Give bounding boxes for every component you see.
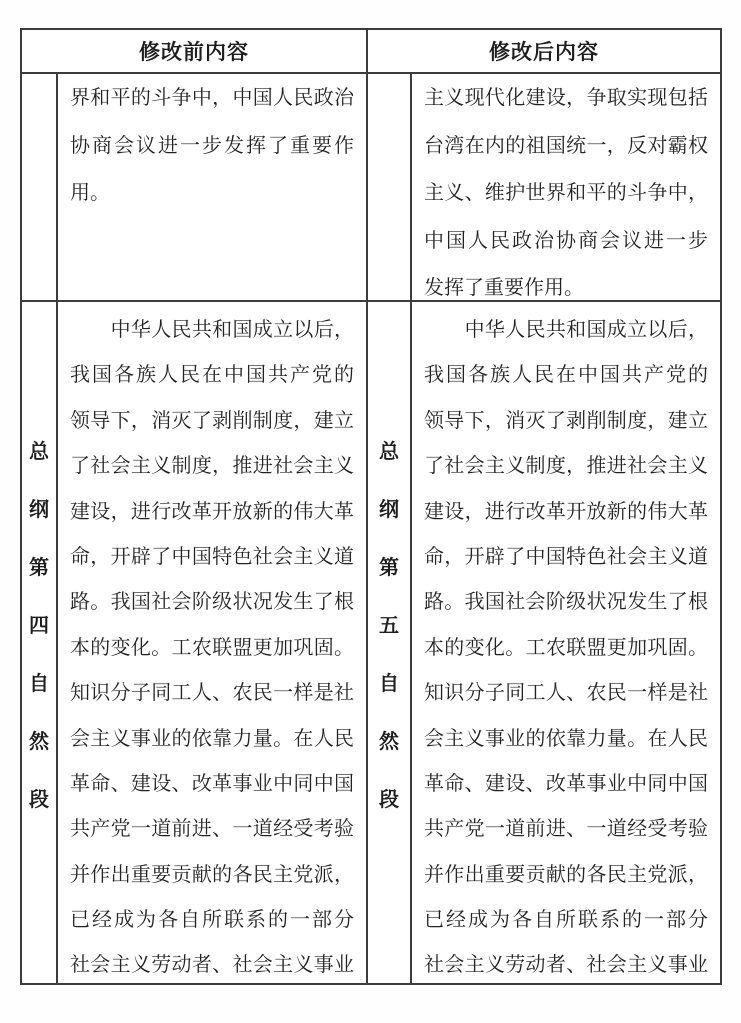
text-line: 社会主义劳动者、社会主义事业 — [424, 943, 708, 983]
text-line: 中国人民政治协商会议进一步 — [424, 218, 708, 266]
text-line: 本的变化。工农联盟更加巩固。 — [70, 626, 354, 671]
text-line: 发挥了重要作用。 — [424, 265, 708, 302]
text-line: 我国各族人民在中国共产党的 — [70, 353, 354, 398]
text-line: 共产党一道前进、一道经受考验 — [424, 807, 708, 852]
text-line: 用。 — [70, 170, 354, 218]
row1-before-text-cell: 界和平的斗争中，中国人民政治 协商会议进一步发挥了重要作 用。 — [58, 74, 368, 302]
text-line: 建设，进行改革开放新的伟大革 — [70, 490, 354, 535]
text-line: 会主义事业的依靠力量。在人民 — [424, 717, 708, 762]
text-line: 协商会议进一步发挥了重要作 — [70, 123, 354, 171]
text-line: 社会主义劳动者、社会主义事业 — [70, 943, 354, 983]
text-line: 了社会主义制度，推进社会主义 — [424, 444, 708, 489]
row2-label-before-cell: 总纲第四自然段 — [22, 302, 58, 983]
text-line: 主义、维护世界和平的斗争中， — [424, 170, 708, 218]
text-line: 本的变化。工农联盟更加巩固。 — [424, 626, 708, 671]
section-label-before: 总纲第四自然段 — [28, 423, 50, 829]
header-after-cell: 修改后内容 — [368, 30, 720, 74]
text-line: 知识分子同工人、农民一样是社 — [424, 671, 708, 716]
section-label-after: 总纲第五自然段 — [378, 423, 400, 829]
text-line: 台湾在内的祖国统一，反对霸权 — [424, 123, 708, 171]
text-line: 革命、建设、改革事业中同中国 — [70, 762, 354, 807]
text-line: 领导下，消灭了剥削制度，建立 — [424, 399, 708, 444]
row1-label-after-cell — [368, 74, 412, 302]
row2-label-after-cell: 总纲第五自然段 — [368, 302, 412, 983]
text-line: 命，开辟了中国特色社会主义道 — [70, 535, 354, 580]
row1-after-text-cell: 主义现代化建设，争取实现包括 台湾在内的祖国统一，反对霸权 主义、维护世界和平的… — [412, 74, 720, 302]
text-line: 会主义事业的依靠力量。在人民 — [70, 717, 354, 762]
text-line: 革命、建设、改革事业中同中国 — [424, 762, 708, 807]
text-line: 知识分子同工人、农民一样是社 — [70, 671, 354, 716]
document-page: 修改前内容 修改后内容 界和平的斗争中，中国人民政治 协商会议进一步发挥了重要作… — [0, 0, 741, 1023]
text-line: 已经成为各自所联系的一部分 — [70, 898, 354, 943]
text-line: 主义现代化建设，争取实现包括 — [424, 75, 708, 123]
text-line: 共产党一道前进、一道经受考验 — [70, 807, 354, 852]
row1-label-before-cell — [22, 74, 58, 302]
text-line: 建设，进行改革开放新的伟大革 — [424, 490, 708, 535]
text-line: 界和平的斗争中，中国人民政治 — [70, 75, 354, 123]
header-before-cell: 修改前内容 — [22, 30, 368, 74]
text-line: 中华人民共和国成立以后， — [424, 308, 708, 353]
row2-after-text-cell: 中华人民共和国成立以后， 我国各族人民在中国共产党的 领导下，消灭了剥削制度，建… — [412, 302, 720, 983]
row2-before-text-cell: 中华人民共和国成立以后， 我国各族人民在中国共产党的 领导下，消灭了剥削制度，建… — [58, 302, 368, 983]
text-line: 已经成为各自所联系的一部分 — [424, 898, 708, 943]
text-line: 路。我国社会阶级状况发生了根 — [424, 580, 708, 625]
text-line: 并作出重要贡献的各民主党派， — [424, 853, 708, 898]
text-line: 领导下，消灭了剥削制度，建立 — [70, 399, 354, 444]
text-line: 路。我国社会阶级状况发生了根 — [70, 580, 354, 625]
text-line: 我国各族人民在中国共产党的 — [424, 353, 708, 398]
text-line: 了社会主义制度，推进社会主义 — [70, 444, 354, 489]
revision-comparison-table: 修改前内容 修改后内容 界和平的斗争中，中国人民政治 协商会议进一步发挥了重要作… — [20, 28, 722, 985]
text-line: 命，开辟了中国特色社会主义道 — [424, 535, 708, 580]
text-line: 中华人民共和国成立以后， — [70, 308, 354, 353]
text-line: 并作出重要贡献的各民主党派， — [70, 853, 354, 898]
